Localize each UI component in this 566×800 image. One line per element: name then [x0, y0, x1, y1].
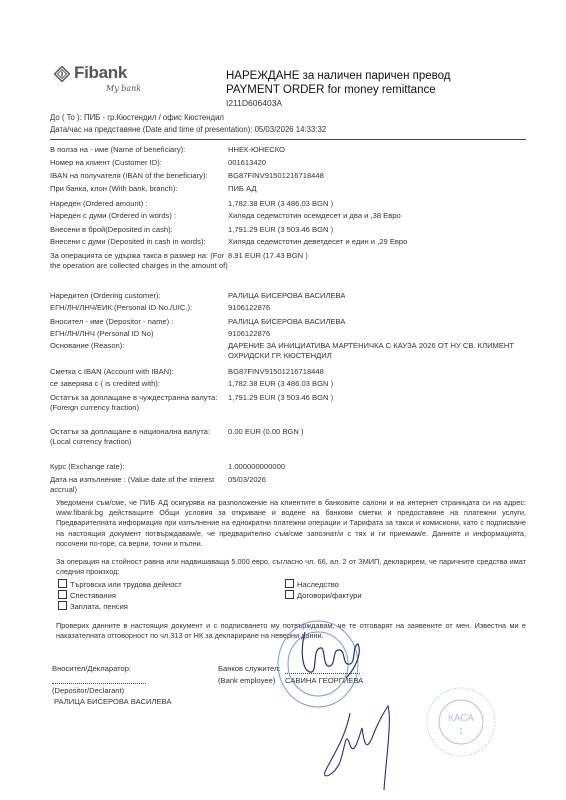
depositor-signature-line: [52, 683, 146, 684]
terms-notice: Уведомени съм/сме, че ПИБ АД осигурява н…: [56, 498, 526, 549]
field-value: 1,782.38 EUR (3 486.03 BGN ): [228, 379, 528, 389]
field-label: Остатък за доплащане в чуждестранна валу…: [50, 393, 228, 413]
field-value: 0.00 EUR (0.00 BGN ): [228, 427, 528, 437]
svg-text:1: 1: [459, 727, 464, 736]
field-value: ПИБ АД: [228, 184, 528, 194]
field-label: Сметка с IBAN (Account with IBAN):: [50, 367, 228, 377]
field-label: се заверява с ( is credited with):: [50, 379, 228, 389]
field-value: 1.000000000000: [228, 462, 528, 472]
checkbox-contracts-invoices[interactable]: Договори/фактури: [285, 590, 362, 601]
logo-text: Fibank: [74, 63, 127, 83]
field-value: ННЕК-ЮНЕСКО: [228, 145, 528, 155]
field-label: Вносител - име (Depositor - name) :: [50, 317, 228, 327]
svg-text:КАСА: КАСА: [448, 713, 474, 724]
depositor-label-en: (Depositor/Declarant): [52, 686, 124, 696]
checkbox-inheritance[interactable]: Наследство: [285, 579, 339, 590]
checkbox-icon[interactable]: [285, 579, 294, 588]
logo-tagline: My bank: [106, 84, 141, 93]
field-value: 9106122876: [228, 303, 528, 313]
field-label: За операцията се удържа такса в размер н…: [50, 251, 228, 271]
document-id: I211D606403A: [226, 98, 282, 108]
checkbox-icon[interactable]: [58, 590, 67, 599]
checkbox-icon[interactable]: [285, 590, 294, 599]
field-value: 8.91 EUR (17.43 BGN ): [228, 251, 528, 261]
field-value: 1,782.38 EUR (3 486.03 BGN ): [228, 199, 528, 209]
field-label: Остатък за доплащане в национална валута…: [50, 427, 228, 447]
aml-declaration: За операция на стойност равна или надвиш…: [56, 557, 526, 577]
cashier-signature-icon: [325, 706, 390, 790]
field-label: Основание (Reason):: [50, 341, 228, 351]
field-label: ЕГН/ЛН/ЛНЧ (Personal ID No): [50, 329, 228, 339]
field-value: BG87FINV91501216718448: [228, 367, 528, 377]
field-value: ДАРЕНИЕ ЗА ИНИЦИАТИВА МАРТЕНИЧКА С КАУЗА…: [228, 341, 518, 361]
field-label: Внесени в брой(Deposited in cash):: [50, 225, 228, 235]
depositor-name: РАЛИЦА БИСЕРОВА ВАСИЛЕВА: [54, 697, 171, 707]
field-label: ЕГН/ЛН/ЛНЧ/ЕИК:(Personal ID No./UIC.):: [50, 303, 228, 313]
bank-employee-name: САВИНА ГЕОРГИЕВА: [285, 676, 363, 686]
field-value: РАЛИЦА БИСЕРОВА ВАСИЛЕВА: [228, 317, 528, 327]
field-value: Хиляда седемстотин деветдесет и един и ,…: [228, 237, 528, 247]
field-label: Дата на изпълнение : (Value date of the …: [50, 475, 228, 495]
field-value: 001613420: [228, 158, 528, 168]
header-divider: [50, 139, 526, 140]
field-value: РАЛИЦА БИСЕРОВА ВАСИЛЕВА: [228, 291, 528, 301]
checkbox-icon[interactable]: [58, 601, 67, 610]
checkbox-salary-pension[interactable]: Заплата, пенсия: [58, 601, 128, 612]
field-label: Нареден с думи (Ordered in words) :: [50, 211, 228, 221]
field-label: Наредител (Ordering customer):: [50, 291, 228, 301]
verification-statement: Проверих данните в настоящия документ и …: [56, 621, 526, 641]
title-bg: НАРЕЖДАНЕ за наличен паричен превод: [226, 69, 450, 83]
field-value: 05/03/2026: [228, 475, 528, 485]
document-title: НАРЕЖДАНЕ за наличен паричен превод PAYM…: [226, 69, 450, 97]
checkbox-trade-or-labor[interactable]: Търговска или трудова дейност: [58, 579, 182, 590]
presentation-datetime: Дата/час на представяне (Date and time o…: [50, 125, 326, 134]
field-value: BG87FINV91501216718448: [228, 171, 528, 181]
field-label: При банка, клон (With bank, branch):: [50, 184, 228, 194]
checkbox-savings[interactable]: Спестявания: [58, 590, 116, 601]
field-label: Курс (Exchange rate):: [50, 462, 228, 472]
field-value: 1,791.29 EUR (3 503.46 BGN ): [228, 225, 528, 235]
field-label: Номер на клиент (Customer ID):: [50, 158, 228, 168]
field-value: 1,791.29 EUR (3 503.46 BGN ): [228, 393, 528, 403]
title-en: PAYMENT ORDER for money remittance: [226, 83, 450, 97]
field-label: IBAN на получателя (IBAN of the benefici…: [50, 171, 228, 181]
bank-employee-label: Банков служител:: [218, 664, 281, 674]
fibank-diamond-icon: [54, 66, 70, 82]
recipient-branch: До ( To ): ПИБ - гр.Кюстендил / офис Кюс…: [50, 113, 224, 122]
fibank-logo: Fibank My bank: [54, 64, 154, 100]
depositor-label: Вносител/Декларатор:: [52, 664, 131, 674]
employee-signature-line: [285, 673, 360, 674]
field-value: Хиляда седемстотин осемдесет и два и ,38…: [228, 211, 528, 221]
checkbox-icon[interactable]: [58, 579, 67, 588]
field-label: В полза на - име (Name of beneficiary):: [50, 145, 228, 155]
bank-employee-label-en: (Bank employee): [218, 676, 275, 686]
field-value: 9106122876: [228, 329, 528, 339]
field-label: Нареден (Ordered amount) :: [50, 199, 228, 209]
field-label: Внесени с думи (Deposited in cash in wor…: [50, 237, 228, 247]
cashier-stamp-icon: КАСА 1: [427, 688, 495, 756]
